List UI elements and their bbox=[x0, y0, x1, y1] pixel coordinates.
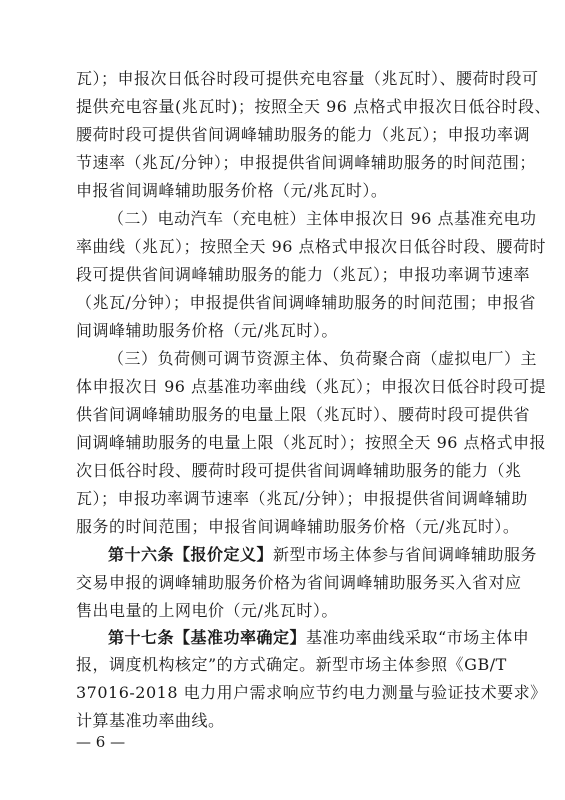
text-line: 提供充电容量(兆瓦时)；按照全天 96 点格式申报次日低谷时段、 bbox=[76, 93, 492, 121]
text-line: （三）负荷侧可调节资源主体、负荷聚合商（虚拟电厂）主 bbox=[108, 345, 492, 373]
text-line: 体申报次日 96 点基准功率曲线（兆瓦）；申报次日低谷时段可提 bbox=[76, 373, 492, 401]
text-line: 间调峰辅助服务的电量上限（兆瓦时）；按照全天 96 点格式申报 bbox=[76, 429, 492, 457]
text-line: 售出电量的上网电价（元/兆瓦时）。 bbox=[76, 597, 492, 625]
text-line: 次日低谷时段、腰荷时段可提供省间调峰辅助服务的能力（兆 bbox=[76, 457, 492, 485]
text-line: 间调峰辅助服务价格（元/兆瓦时）。 bbox=[76, 317, 492, 345]
article-17-text: 基准功率曲线采取“市场主体申 bbox=[306, 628, 529, 647]
article-16-heading: 第十六条【报价定义】 bbox=[108, 545, 273, 564]
text-line: 服务的时间范围；申报省间调峰辅助服务价格（元/兆瓦时）。 bbox=[76, 513, 492, 541]
article-16-first-line: 第十六条【报价定义】新型市场主体参与省间调峰辅助服务 bbox=[108, 541, 492, 569]
text-line: （二）电动汽车（充电桩）主体申报次日 96 点基准充电功 bbox=[108, 205, 492, 233]
text-line: 供省间调峰辅助服务的电量上限（兆瓦时）、腰荷时段可提供省 bbox=[76, 401, 492, 429]
text-line: 率曲线（兆瓦）；按照全天 96 点格式申报次日低谷时段、腰荷时 bbox=[76, 233, 492, 261]
text-line: 申报省间调峰辅助服务价格（元/兆瓦时）。 bbox=[76, 177, 492, 205]
text-line: 计算基准功率曲线。 bbox=[76, 707, 492, 735]
text-line: 37016-2018 电力用户需求响应节约电力测量与验证技术要求》 bbox=[76, 679, 492, 707]
article-16-text: 新型市场主体参与省间调峰辅助服务 bbox=[273, 545, 537, 564]
document-page: 瓦）；申报次日低谷时段可提供充电容量（兆瓦时）、腰荷时段可 提供充电容量(兆瓦时… bbox=[0, 0, 565, 800]
text-line: 交易申报的调峰辅助服务价格为省间调峰辅助服务买入省对应 bbox=[76, 569, 492, 597]
text-line: 腰荷时段可提供省间调峰辅助服务的能力（兆瓦）；申报功率调 bbox=[76, 121, 492, 149]
article-17-first-line: 第十七条【基准功率确定】基准功率曲线采取“市场主体申 bbox=[108, 624, 492, 652]
text-line: 报，调度机构核定”的方式确定。新型市场主体参照《GB/T bbox=[76, 651, 492, 679]
text-line: 瓦）；申报次日低谷时段可提供充电容量（兆瓦时）、腰荷时段可 bbox=[76, 65, 492, 93]
text-line: 段可提供省间调峰辅助服务的能力（兆瓦）；申报功率调节速率 bbox=[76, 261, 492, 289]
text-line: 节速率（兆瓦/分钟）；申报提供省间调峰辅助服务的时间范围； bbox=[76, 149, 492, 177]
page-number: — 6 — bbox=[76, 730, 125, 754]
text-line: （兆瓦/分钟）；申报提供省间调峰辅助服务的时间范围；申报省 bbox=[76, 289, 492, 317]
article-17-heading: 第十七条【基准功率确定】 bbox=[108, 628, 306, 647]
text-line: 瓦）；申报功率调节速率（兆瓦/分钟）；申报提供省间调峰辅助 bbox=[76, 485, 492, 513]
